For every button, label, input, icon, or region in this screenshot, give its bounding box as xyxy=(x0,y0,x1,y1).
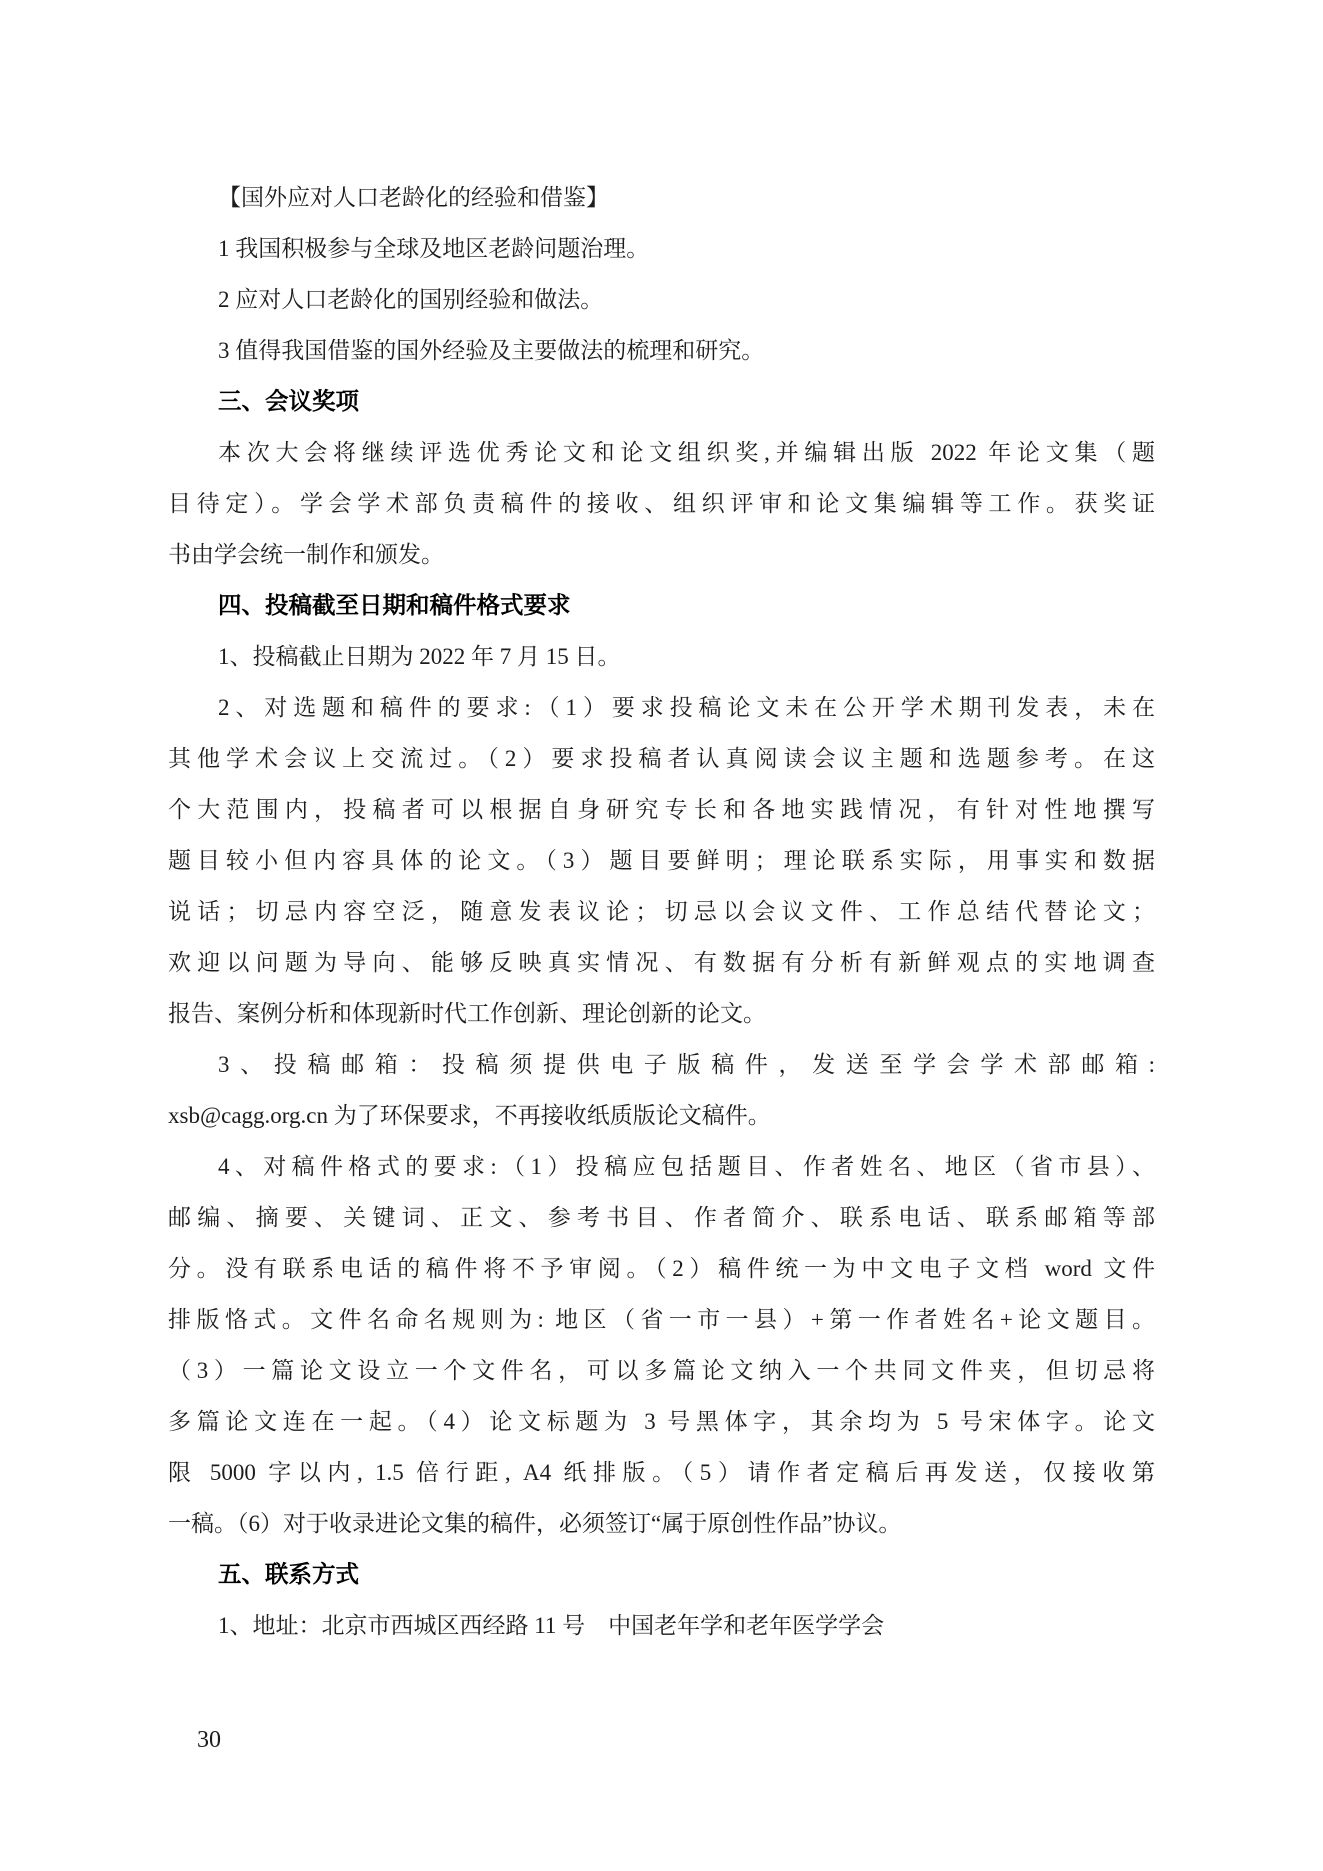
paragraph-line: 限 5000 字以内, 1.5 倍行距, A4 纸排版。（5）请作者定稿后再发送… xyxy=(168,1447,1155,1498)
section-heading-awards: 三、会议奖项 xyxy=(168,376,1155,427)
paragraph-line: 个大范围内，投稿者可以根据自身研究专长和各地实践情况，有针对性地撰写 xyxy=(168,784,1155,835)
paragraph-line: 书由学会统一制作和颁发。 xyxy=(168,529,1155,580)
topic-item-1: 1 我国积极参与全球及地区老龄问题治理。 xyxy=(168,223,1155,274)
section-heading-deadline: 四、投稿截至日期和稿件格式要求 xyxy=(168,580,1155,631)
paragraph-line: （3）一篇论文设立一个文件名，可以多篇论文纳入一个共同文件夹，但切忌将 xyxy=(168,1345,1155,1396)
item-format: 4、对稿件格式的要求:（1）投稿应包括题目、作者姓名、地区（省市县）、 xyxy=(168,1141,1155,1192)
document-page: 【国外应对人口老龄化的经验和借鉴】 1 我国积极参与全球及地区老龄问题治理。 2… xyxy=(0,0,1323,1871)
item-requirements: 2、对选题和稿件的要求:（1）要求投稿论文未在公开学术期刊发表，未在 xyxy=(168,682,1155,733)
paragraph-line: 报告、案例分析和体现新时代工作创新、理论创新的论文。 xyxy=(168,988,1155,1039)
paragraph-line: 排版恪式。文件名命名规则为: 地区（省一市一县）+第一作者姓名+论文题目。 xyxy=(168,1294,1155,1345)
item-deadline: 1、投稿截止日期为 2022 年 7 月 15 日。 xyxy=(168,631,1155,682)
paragraph-line: 一稿。（6）对于收录进论文集的稿件，必须签订“属于原创性作品”协议。 xyxy=(168,1498,1155,1549)
email-line: xsb@cagg.org.cn 为了环保要求，不再接收纸质版论文稿件。 xyxy=(168,1090,1155,1141)
topic-item-2: 2 应对人口老龄化的国别经验和做法。 xyxy=(168,274,1155,325)
paragraph-line: 说话；切忌内容空泛，随意发表议论；切忌以会议文件、工作总结代替论文； xyxy=(168,886,1155,937)
topic-item-3: 3 值得我国借鉴的国外经验及主要做法的梳理和研究。 xyxy=(168,325,1155,376)
paragraph-line: 本次大会将继续评选优秀论文和论文组织奖,并编辑出版 2022 年论文集（题 xyxy=(168,427,1155,478)
section-heading-contact: 五、联系方式 xyxy=(168,1549,1155,1600)
item-submission-email: 3、投稿邮箱：投稿须提供电子版稿件，发送至学会学术部邮箱: xyxy=(168,1039,1155,1090)
paragraph-line: 其他学术会议上交流过。（2）要求投稿者认真阅读会议主题和选题参考。在这 xyxy=(168,733,1155,784)
paragraph-line: 多篇论文连在一起。（4）论文标题为 3 号黑体字，其余均为 5 号宋体字。论文 xyxy=(168,1396,1155,1447)
contact-address-line: 1、地址：北京市西城区西经路 11 号 中国老年学和老年医学学会 xyxy=(168,1600,1155,1651)
document-text-block: 【国外应对人口老龄化的经验和借鉴】 1 我国积极参与全球及地区老龄问题治理。 2… xyxy=(168,172,1155,1651)
paragraph-line: 目待定）。学会学术部负责稿件的接收、组织评审和论文集编辑等工作。获奖证 xyxy=(168,478,1155,529)
paragraph-line: 欢迎以问题为导向、能够反映真实情况、有数据有分析有新鲜观点的实地调查 xyxy=(168,937,1155,988)
paragraph-line: 题目较小但内容具体的论文。（3）题目要鲜明；理论联系实际，用事实和数据 xyxy=(168,835,1155,886)
bracket-heading: 【国外应对人口老龄化的经验和借鉴】 xyxy=(168,172,1155,223)
page-number: 30 xyxy=(197,1722,221,1758)
paragraph-line: 邮编、摘要、关键词、正文、参考书目、作者简介、联系电话、联系邮箱等部 xyxy=(168,1192,1155,1243)
paragraph-line: 分。没有联系电话的稿件将不予审阅。（2）稿件统一为中文电子文档 word 文件 xyxy=(168,1243,1155,1294)
